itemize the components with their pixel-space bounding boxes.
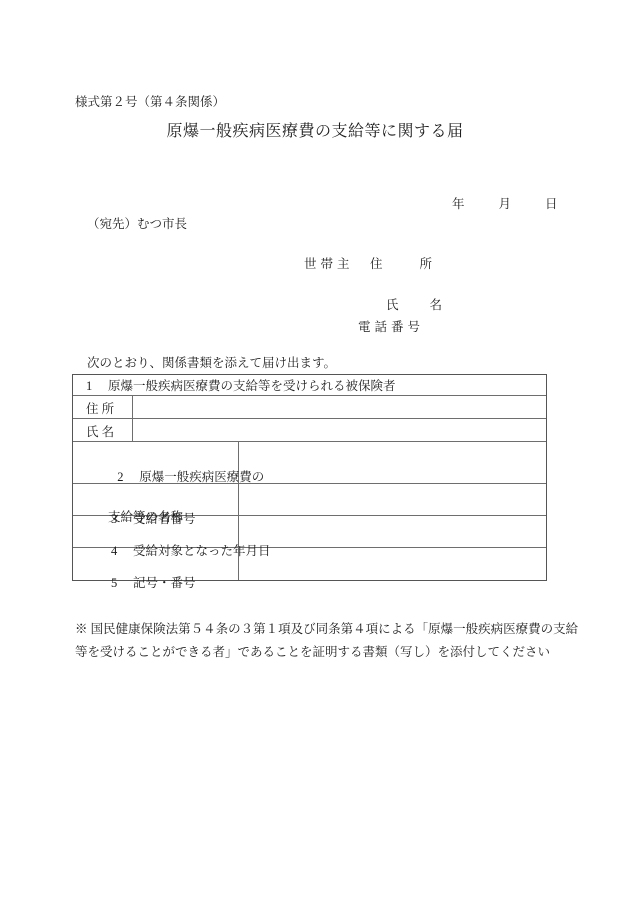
eligible-date-value-cell [239,516,546,547]
table-row-symbol-number: 5記号・番号 [73,547,546,580]
addressee: （宛先）むつ市長 [87,216,187,232]
table-row-benefit-name: 2原爆一般疾病医療費の 支給等の名称 [73,441,546,483]
row-number: 1 [86,376,108,396]
eligible-date-label-cell: 4受給対象となった年月日 [73,516,239,547]
recipient-number-value-cell [239,484,546,515]
symbol-number-value-cell [239,548,546,580]
symbol-number-label-cell: 5記号・番号 [73,548,239,580]
table-row-eligible-date: 4受給対象となった年月日 [73,515,546,547]
name-value-cell [133,419,546,441]
household-head-name-label: 氏 名 [386,297,444,313]
address-label-cell: 住 所 [73,396,133,418]
form-number: 様式第２号（第４条関係） [75,94,225,110]
document-page: 様式第２号（第４条関係） 原爆一般疾病医療費の支給等に関する届 年 月 日 （宛… [0,0,630,903]
table-row-name: 氏 名 [73,418,546,441]
row-number: 5 [111,573,133,593]
phone-number-label: 電話番号 [358,319,424,335]
table-row-address: 住 所 [73,395,546,418]
page-title: 原爆一般疾病医療費の支給等に関する届 [0,122,630,143]
benefit-name-value-cell [239,442,546,483]
year-label: 年 [452,196,465,212]
table-row-recipient-number: 3受給者番号 [73,483,546,515]
day-label: 日 [545,196,558,212]
address-value-cell [133,396,546,418]
name-label-cell: 氏 名 [73,419,133,441]
attachment-note-line2: 等を受けることができる者」であることを証明する書類（写し）を添付してください [75,641,561,664]
attachment-note: ※ 国民健康保険法第５４条の３第１項及び同条第４項による「原爆一般疾病医療費の支… [75,618,561,664]
month-label: 月 [499,196,512,212]
claim-table: 1原爆一般疾病医療費の支給等を受けられる被保険者 住 所 氏 名 2原爆一般疾病… [72,374,547,581]
date-line: 年 月 日 [452,196,558,212]
symbol-number-label: 記号・番号 [133,576,196,590]
attachment-note-line1: ※ 国民健康保険法第５４条の３第１項及び同条第４項による「原爆一般疾病医療費の支… [75,618,561,641]
recipient-number-label-cell: 3受給者番号 [73,484,239,515]
insured-header-cell: 1原爆一般疾病医療費の支給等を受けられる被保険者 [73,375,546,395]
benefit-name-label-cell: 2原爆一般疾病医療費の 支給等の名称 [73,442,239,483]
household-head-address-label: 世帯主 住 所 [304,256,436,272]
intro-text: 次のとおり、関係書類を添えて届け出ます。 [87,355,336,371]
table-row-insured-header: 1原爆一般疾病医療費の支給等を受けられる被保険者 [73,375,546,395]
insured-header-label: 原爆一般疾病医療費の支給等を受けられる被保険者 [108,376,396,396]
